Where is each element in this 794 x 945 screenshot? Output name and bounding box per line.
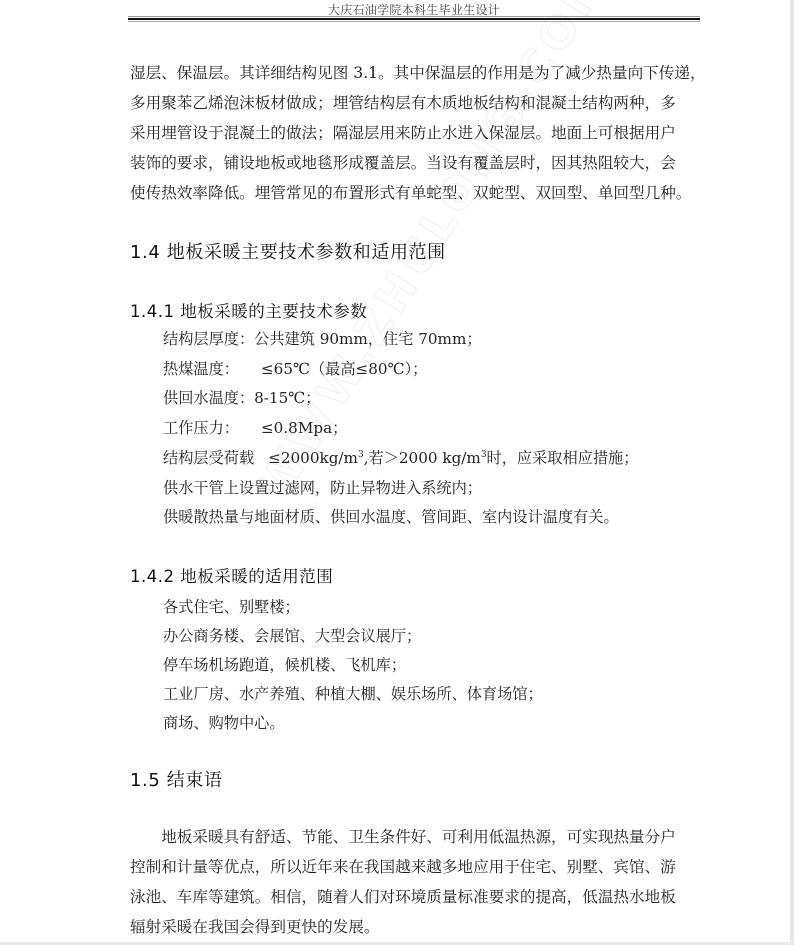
param-label: 结构层厚度：	[163, 330, 254, 348]
param-value: ≤65℃（最高≤80℃）；	[261, 360, 427, 378]
paragraph-line: 地板采暖具有舒适、节能、卫生条件好、可利用低温热源，可实现热量分户	[130, 822, 702, 852]
scope-item: 停车场机场跑道，候机楼、飞机库；	[163, 654, 406, 675]
param-value: 8-15℃；	[254, 389, 320, 407]
section-heading-1-4-1: 1.4.1 地板采暖的主要技术参数	[130, 298, 367, 322]
param-label: 结构层受荷载	[163, 449, 254, 467]
param-item: 结构层受荷载≤2000kg/m3,若＞2000 kg/m3时，应采取相应措施；	[163, 447, 638, 468]
paragraph-line: 湿层、保温层。其详细结构见图 3.1。其中保温层的作用是为了减少热量向下传递，	[130, 58, 702, 88]
paragraph-line: 使传热效率降低。埋管常见的布置形式有单蛇型、双蛇型、双回型、单回型几种。	[130, 178, 702, 208]
param-item: 供水干管上设置过滤网，防止异物进入系统内；	[163, 477, 482, 498]
paragraph-line: 采用埋管设于混凝土的做法；隔湿层用来防止水进入保湿层。地面上可根据用户	[130, 118, 702, 148]
param-item: 结构层厚度：公共建筑 90mm，住宅 70mm；	[163, 328, 482, 349]
header-rule	[128, 16, 700, 17]
scope-item: 商场、购物中心。	[163, 712, 285, 733]
page-edge	[790, 0, 794, 945]
section-heading-1-4: 1.4 地板采暖主要技术参数和适用范围	[130, 238, 446, 264]
param-label: 工作压力：	[163, 419, 239, 437]
section-heading-1-5: 1.5 结束语	[130, 766, 223, 792]
param-value: ≤2000kg/m	[268, 449, 358, 467]
scope-item: 办公商务楼、会展馆、大型会议展厅；	[163, 625, 421, 646]
param-value: ≤0.8Mpa；	[261, 419, 347, 437]
header-rule-bottom	[128, 21, 700, 22]
scope-item: 各式住宅、别墅楼；	[163, 596, 300, 617]
running-header: 大庆石油学院本科生毕业生设计	[128, 0, 700, 22]
conclusion-paragraph: 地板采暖具有舒适、节能、卫生条件好、可利用低温热源，可实现热量分户 控制和计量等…	[130, 822, 702, 942]
param-value: 时，应采取相应措施；	[487, 449, 639, 467]
param-item: 供暖散热量与地面材质、供回水温度、管间距、室内设计温度有关。	[163, 506, 619, 527]
paragraph-line: 多用聚苯乙烯泡沫板材做成；埋管结构层有木质地板结构和混凝土结构两种，多	[130, 88, 702, 118]
paragraph-line: 装饰的要求，铺设地板或地毯形成覆盖层。当设有覆盖层时，因其热阻较大，会	[130, 148, 702, 178]
param-value: 公共建筑 90mm，住宅 70mm；	[254, 330, 481, 348]
param-label: 供回水温度：	[163, 389, 254, 407]
param-item: 热煤温度：≤65℃（最高≤80℃）；	[163, 358, 427, 379]
scope-item: 工业厂房、水产养殖、种植大棚、娱乐场所、体育场馆；	[163, 683, 543, 704]
param-item: 工作压力：≤0.8Mpa；	[163, 417, 347, 438]
param-item: 供回水温度：8-15℃；	[163, 387, 320, 408]
header-rule-thick	[128, 18, 700, 20]
intro-paragraph: 湿层、保温层。其详细结构见图 3.1。其中保温层的作用是为了减少热量向下传递， …	[130, 58, 702, 208]
paragraph-line: 辐射采暖在我国会得到更快的发展。	[130, 912, 702, 942]
section-heading-1-4-2: 1.4.2 地板采暖的适用范围	[130, 563, 333, 587]
paragraph-line: 泳池、车库等建筑。相信，随着人们对环境质量标准要求的提高，低温热水地板	[130, 882, 702, 912]
param-label: 热煤温度：	[163, 360, 239, 378]
param-value: ,若＞2000 kg/m	[364, 449, 481, 467]
paragraph-line: 控制和计量等优点，所以近年来在我国越来越多地应用于住宅、别墅、宾馆、游	[130, 852, 702, 882]
